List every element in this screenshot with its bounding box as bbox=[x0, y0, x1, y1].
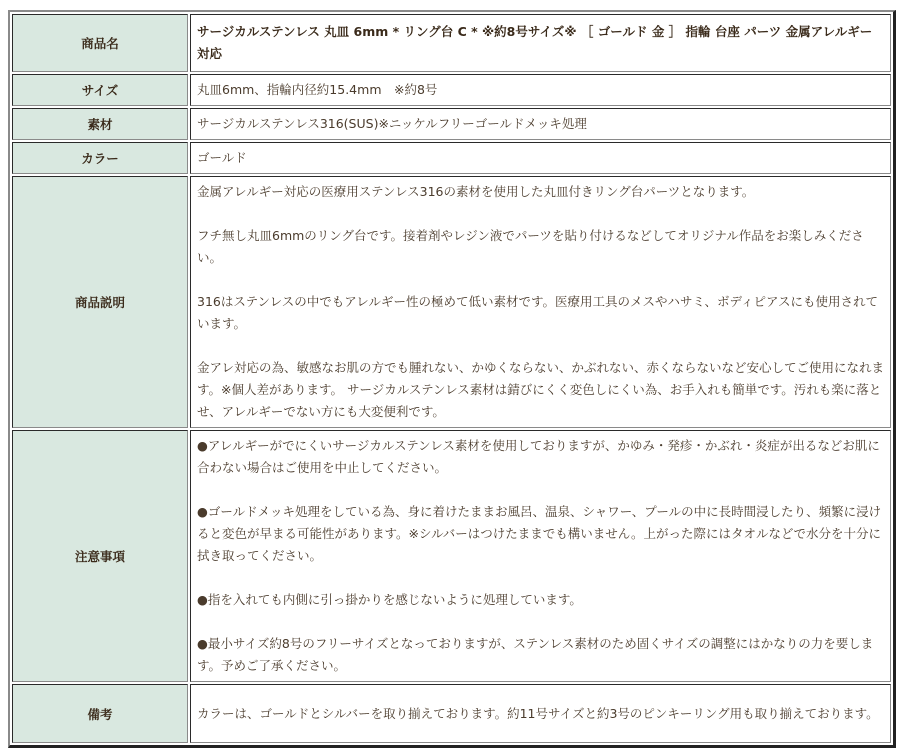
spec-row-description: 商品説明 金属アレルギー対応の医療用ステンレス316の素材を使用した丸皿付きリン… bbox=[12, 176, 891, 428]
product-spec-table: 商品名 サージカルステンレス 丸皿 6mm * リング台 C * ※約8号サイズ… bbox=[8, 10, 896, 748]
label-size: サイズ bbox=[12, 74, 188, 106]
spec-row-remarks: 備考 カラーは、ゴールドとシルバーを取り揃えております。約11号サイズと約3号の… bbox=[12, 684, 891, 743]
color-text: ゴールド bbox=[197, 147, 884, 169]
description-paragraph: 316はステンレスの中でもアレルギー性の極めて低い素材です。医療用工具のメスやハ… bbox=[197, 291, 884, 335]
spec-row-material: 素材 サージカルステンレス316(SUS)※ニッケルフリーゴールドメッキ処理 bbox=[12, 108, 891, 140]
spec-row-notes: 注意事項 ●アレルギーがでにくいサージカルステンレス素材を使用しておりますが、か… bbox=[12, 430, 891, 682]
value-material: サージカルステンレス316(SUS)※ニッケルフリーゴールドメッキ処理 bbox=[190, 108, 891, 140]
value-remarks: カラーは、ゴールドとシルバーを取り揃えております。約11号サイズと約3号のピンキ… bbox=[190, 684, 891, 743]
value-product-name: サージカルステンレス 丸皿 6mm * リング台 C * ※約8号サイズ※ ［ … bbox=[190, 14, 891, 72]
material-text: サージカルステンレス316(SUS)※ニッケルフリーゴールドメッキ処理 bbox=[197, 113, 884, 135]
spec-row-color: カラー ゴールド bbox=[12, 142, 891, 174]
label-color: カラー bbox=[12, 142, 188, 174]
value-description: 金属アレルギー対応の医療用ステンレス316の素材を使用した丸皿付きリング台パーツ… bbox=[190, 176, 891, 428]
label-remarks: 備考 bbox=[12, 684, 188, 743]
size-text: 丸皿6mm、指輪内径約15.4mm ※約8号 bbox=[197, 79, 884, 101]
label-notes: 注意事項 bbox=[12, 430, 188, 682]
caution-item: ●指を入れても内側に引っ掛かりを感じないように処理しています。 bbox=[197, 589, 884, 611]
description-paragraph: 金属アレルギー対応の医療用ステンレス316の素材を使用した丸皿付きリング台パーツ… bbox=[197, 181, 884, 203]
product-name-text: サージカルステンレス 丸皿 6mm * リング台 C * ※約8号サイズ※ ［ … bbox=[197, 21, 884, 65]
label-product-name: 商品名 bbox=[12, 14, 188, 72]
label-description: 商品説明 bbox=[12, 176, 188, 428]
description-paragraph: フチ無し丸皿6mmのリング台です。接着剤やレジン液でパーツを貼り付けるなどしてオ… bbox=[197, 225, 884, 269]
value-size: 丸皿6mm、指輪内径約15.4mm ※約8号 bbox=[190, 74, 891, 106]
spec-row-product-name: 商品名 サージカルステンレス 丸皿 6mm * リング台 C * ※約8号サイズ… bbox=[12, 14, 891, 72]
caution-item: ●最小サイズ約8号のフリーサイズとなっておりますが、ステンレス素材のため固くサイ… bbox=[197, 633, 884, 677]
spec-row-size: サイズ 丸皿6mm、指輪内径約15.4mm ※約8号 bbox=[12, 74, 891, 106]
description-paragraph: 金アレ対応の為、敏感なお肌の方でも腫れない、かゆくならない、かぶれない、赤くなら… bbox=[197, 357, 884, 423]
value-color: ゴールド bbox=[190, 142, 891, 174]
caution-item: ●アレルギーがでにくいサージカルステンレス素材を使用しておりますが、かゆみ・発疹… bbox=[197, 435, 884, 479]
value-notes: ●アレルギーがでにくいサージカルステンレス素材を使用しておりますが、かゆみ・発疹… bbox=[190, 430, 891, 682]
caution-item: ●ゴールドメッキ処理をしている為、身に着けたままお風呂、温泉、シャワー、プールの… bbox=[197, 501, 884, 567]
label-material: 素材 bbox=[12, 108, 188, 140]
remarks-text: カラーは、ゴールドとシルバーを取り揃えております。約11号サイズと約3号のピンキ… bbox=[197, 703, 884, 725]
